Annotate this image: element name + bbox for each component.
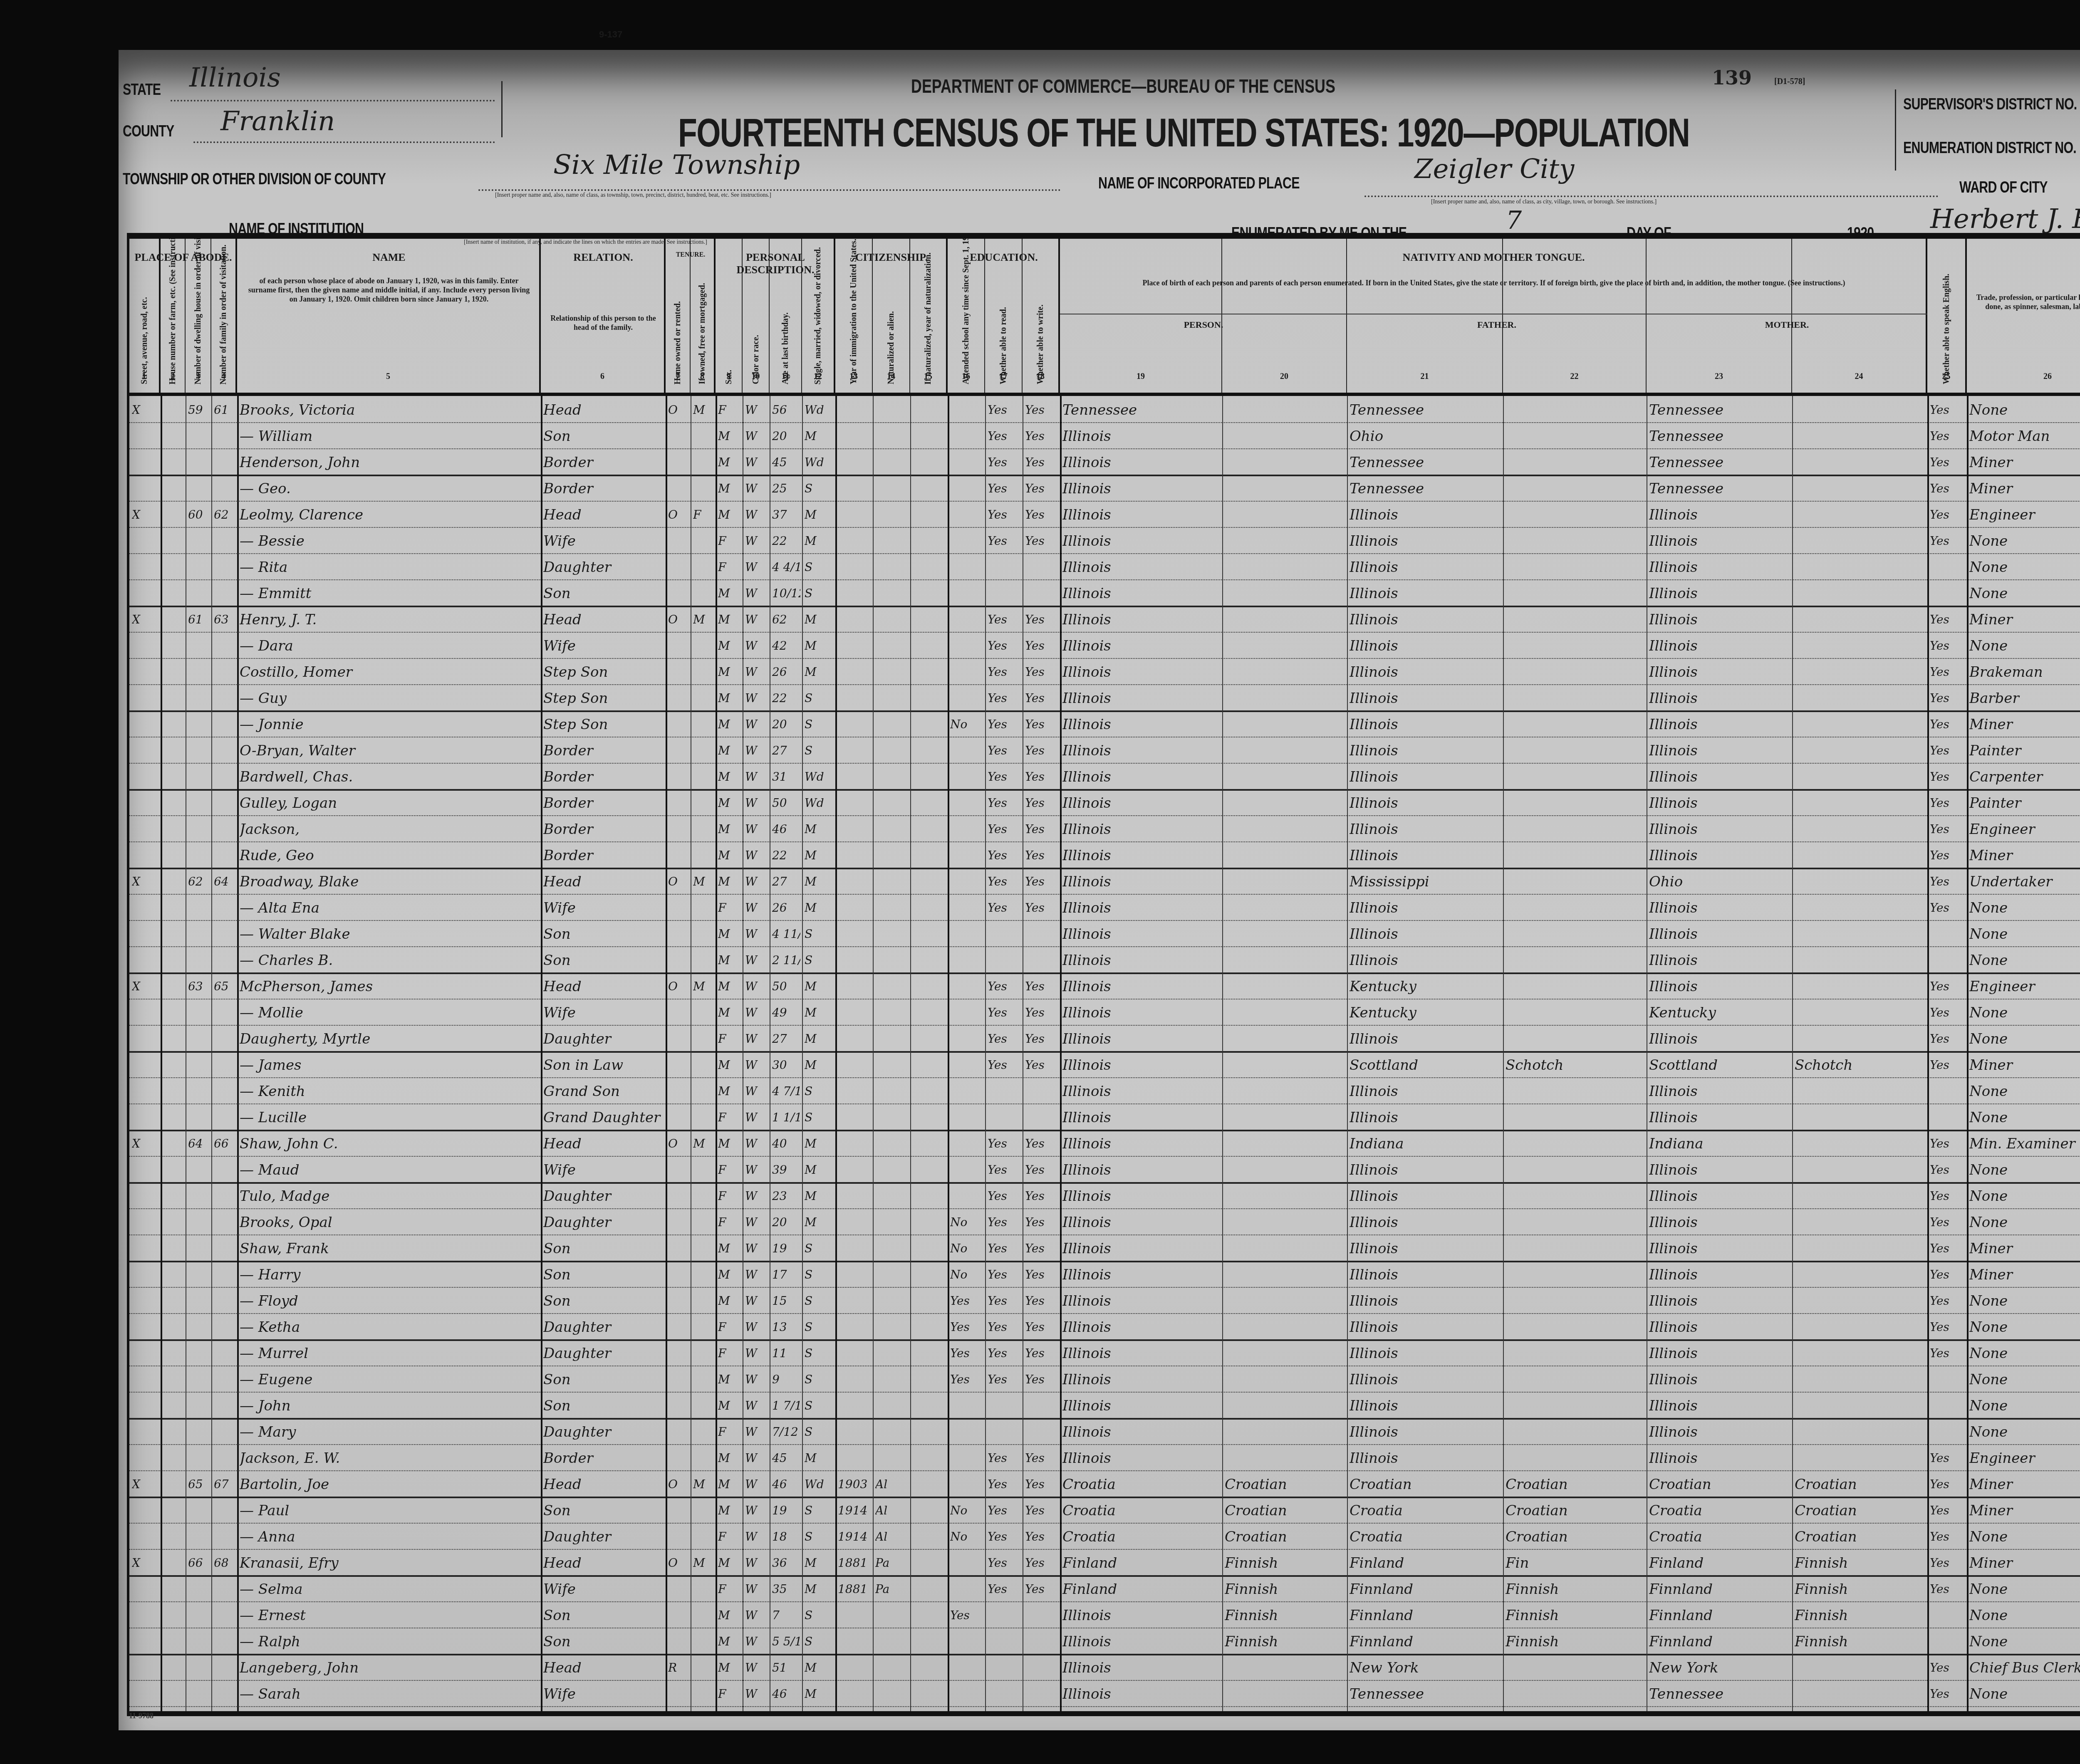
cell-age: 25 — [772, 477, 800, 500]
column-divider — [211, 396, 212, 1711]
cell-race: W — [745, 1316, 768, 1339]
cell-ftongue — [1506, 1185, 1645, 1208]
cell-write: Yes — [1025, 765, 1058, 789]
cell-pob: Illinois — [1062, 1682, 1221, 1706]
group-title-name: NAME — [237, 251, 541, 264]
cell-marital: S — [805, 1342, 834, 1365]
cell-mort — [693, 1158, 714, 1182]
cell-pob: Illinois — [1062, 844, 1221, 867]
cell-race: W — [745, 844, 768, 867]
cell-age: 4 7/12 — [772, 1080, 800, 1103]
cell-owned — [668, 1682, 689, 1706]
cell-name: — Floyd — [240, 1289, 539, 1313]
table-row: X5961Brooks, VictoriaHeadOMFW56WdYesYesT… — [129, 396, 2080, 423]
cell-school — [950, 451, 983, 474]
cell-mpob: Illinois — [1649, 1447, 1790, 1470]
cell-mpob: New York — [1649, 1656, 1790, 1680]
table-row: Costillo, HomerStep SonMW26MYesYesIllino… — [129, 658, 2080, 685]
cell-nat — [875, 425, 909, 448]
column-divider — [743, 396, 743, 1711]
cell-marital: M — [805, 1447, 834, 1470]
cell-dwelling — [188, 1604, 210, 1627]
cell-mpob: Finnland — [1649, 1578, 1790, 1601]
table-row: — FloydSonMW15SYesYesYesIllinoisIllinois… — [129, 1287, 2080, 1314]
cell-name: Brooks, Victoria — [240, 398, 539, 422]
cell-mpob: Tennessee — [1649, 398, 1790, 422]
cell-marital: S — [805, 1316, 834, 1339]
cell-owned — [668, 661, 689, 684]
cell-x — [132, 1080, 159, 1103]
cell-sex: M — [718, 949, 741, 972]
cell-marital: S — [805, 1630, 834, 1653]
cell-natyr — [913, 1185, 946, 1208]
cell-english: Yes — [1930, 1158, 1965, 1182]
cell-fpob: Kentucky — [1350, 975, 1501, 998]
cell-x: X — [132, 870, 159, 893]
cell-tongue — [1225, 1420, 1345, 1444]
cell-nat — [875, 1682, 909, 1706]
cell-pob: Illinois — [1062, 1316, 1221, 1339]
cell-relation: Head — [543, 503, 664, 527]
cell-race: W — [745, 582, 768, 605]
table-row: X6264Broadway, BlakeHeadOMMW27MYesYesIll… — [129, 868, 2080, 895]
cell-name: — Bessie — [240, 529, 539, 553]
cell-write: Yes — [1025, 687, 1058, 710]
cell-trade: Miner — [1969, 1551, 2080, 1575]
cell-fpob: Illinois — [1350, 1263, 1501, 1287]
cell-mpob: Finnland — [1649, 1630, 1790, 1653]
cell-english: Yes — [1930, 1316, 1965, 1339]
cell-x — [132, 1499, 159, 1522]
cell-sex: M — [718, 1132, 741, 1155]
cell-imm — [838, 713, 871, 736]
cell-dwelling — [188, 1682, 210, 1706]
cell-ftongue — [1506, 503, 1645, 527]
cell-ftongue — [1506, 792, 1645, 815]
cell-imm — [838, 477, 871, 500]
cell-mpob: Illinois — [1649, 1237, 1790, 1260]
cell-natyr — [913, 975, 946, 998]
cell-dwelling — [188, 739, 210, 762]
cell-name: — Walter Blake — [240, 923, 539, 946]
cell-race: W — [745, 1185, 768, 1208]
cell-trade: Miner — [1969, 1237, 2080, 1260]
cell-read: Yes — [988, 896, 1021, 920]
cell-sex: M — [718, 1473, 741, 1496]
cell-mtongue — [1795, 1656, 1926, 1680]
cell-relation: Son — [543, 582, 664, 605]
cell-english: Yes — [1930, 765, 1965, 789]
table-row: — MurrelDaughterFW11SYesYesYesIllinoisIl… — [129, 1339, 2080, 1366]
cell-name: — Ralph — [240, 1630, 539, 1653]
cell-natyr — [913, 1656, 946, 1680]
table-row: — PaulSonMW19S1914AlNoYesYesCroatiaCroat… — [129, 1497, 2080, 1524]
cell-write: Yes — [1025, 1263, 1058, 1287]
cell-age: 46 — [772, 818, 800, 841]
cell-mtongue — [1795, 398, 1926, 422]
cell-relation: Step Son — [543, 713, 664, 736]
cell-mort — [693, 818, 714, 841]
cell-family — [214, 949, 235, 972]
cell-relation: Border — [543, 739, 664, 762]
cell-x — [132, 1420, 159, 1444]
cell-age: 19 — [772, 1237, 800, 1260]
cell-sex: M — [718, 451, 741, 474]
cell-read: Yes — [988, 451, 1021, 474]
cell-sex: F — [718, 556, 741, 579]
table-row: Tulo, MadgeDaughterFW23MYesYesIllinoisIl… — [129, 1182, 2080, 1209]
cell-mort — [693, 949, 714, 972]
cell-mpob: Illinois — [1649, 1185, 1790, 1208]
cell-family — [214, 1106, 235, 1129]
cell-write: Yes — [1025, 818, 1058, 841]
cell-nat — [875, 529, 909, 553]
cell-english: Yes — [1930, 687, 1965, 710]
cell-mort — [693, 1368, 714, 1391]
cell-english: Yes — [1930, 844, 1965, 867]
column-header-label: Number of family in order of visitation. — [219, 245, 228, 384]
township-note: [Insert proper name and, also, name of c… — [495, 192, 771, 199]
cell-english: Yes — [1930, 1027, 1965, 1051]
cell-imm: 1903 — [838, 1473, 871, 1496]
cell-fpob: Illinois — [1350, 1342, 1501, 1365]
cell-read: Yes — [988, 398, 1021, 422]
cell-nat — [875, 1054, 909, 1077]
cell-tongue — [1225, 1132, 1345, 1155]
cell-nat — [875, 634, 909, 658]
cell-tongue — [1225, 896, 1345, 920]
cell-ftongue — [1506, 1656, 1645, 1680]
cell-mort — [693, 634, 714, 658]
cell-ftongue — [1506, 1682, 1645, 1706]
cell-relation: Daughter — [543, 1211, 664, 1234]
cell-mort: M — [693, 1473, 714, 1496]
cell-nat — [875, 949, 909, 972]
cell-read: Yes — [988, 844, 1021, 867]
cell-trade: Engineer — [1969, 818, 2080, 841]
column-number: 22 — [1503, 372, 1646, 388]
table-row: — KethaDaughterFW13SYesYesYesIllinoisIll… — [129, 1313, 2080, 1341]
cell-ftongue — [1506, 608, 1645, 631]
cell-natyr — [913, 765, 946, 789]
cell-read: Yes — [988, 870, 1021, 893]
cell-x — [132, 949, 159, 972]
county-value: Franklin — [220, 106, 335, 137]
cell-pob: Illinois — [1062, 1656, 1221, 1680]
cell-owned — [668, 451, 689, 474]
cell-fpob: Illinois — [1350, 792, 1501, 815]
cell-ftongue — [1506, 1211, 1645, 1234]
cell-fpob: Ohio — [1350, 425, 1501, 448]
cell-race: W — [745, 1237, 768, 1260]
cell-race: W — [745, 529, 768, 553]
cell-race: W — [745, 556, 768, 579]
cell-write: Yes — [1025, 896, 1058, 920]
cell-mtongue — [1795, 608, 1926, 631]
cell-age: 39 — [772, 1158, 800, 1182]
cell-nat — [875, 582, 909, 605]
cell-school — [950, 634, 983, 658]
cell-mpob: Illinois — [1649, 1342, 1790, 1365]
cell-sex: F — [718, 1420, 741, 1444]
cell-read: Yes — [988, 1054, 1021, 1077]
cell-school — [950, 661, 983, 684]
cell-age: 5 5/12 — [772, 1630, 800, 1653]
cell-age: 46 — [772, 1473, 800, 1496]
cell-school — [950, 503, 983, 527]
cell-trade: Miner — [1969, 1263, 2080, 1287]
cell-trade: None — [1969, 1604, 2080, 1627]
cell-imm — [838, 1132, 871, 1155]
cell-family — [214, 582, 235, 605]
cell-tongue — [1225, 1682, 1345, 1706]
cell-imm — [838, 1682, 871, 1706]
cell-marital: S — [805, 1394, 834, 1418]
cell-pob: Illinois — [1062, 1106, 1221, 1129]
cell-mpob: Illinois — [1649, 1420, 1790, 1444]
cell-owned — [668, 923, 689, 946]
township-value: Six Mile Township — [553, 150, 800, 181]
cell-pob: Illinois — [1062, 792, 1221, 815]
cell-mtongue — [1795, 870, 1926, 893]
cell-nat — [875, 556, 909, 579]
cell-fpob: Illinois — [1350, 1027, 1501, 1051]
cell-english: Yes — [1930, 792, 1965, 815]
cell-x — [132, 529, 159, 553]
cell-mpob: Illinois — [1649, 556, 1790, 579]
cell-natyr — [913, 1054, 946, 1077]
cell-relation: Daughter — [543, 1185, 664, 1208]
cell-english — [1930, 582, 1965, 605]
column-divider — [186, 396, 186, 1711]
cell-age: 1 7/12 — [772, 1394, 800, 1418]
cell-trade: Miner — [1969, 477, 2080, 500]
column-divider — [802, 396, 803, 1711]
cell-mpob: Illinois — [1649, 582, 1790, 605]
cell-sex: F — [718, 1525, 741, 1549]
table-row: — Charles B.SonMW2 11/12SIllinoisIllinoi… — [129, 946, 2080, 974]
cell-age: 42 — [772, 634, 800, 658]
cell-dwelling — [188, 634, 210, 658]
cell-owned: O — [668, 1473, 689, 1496]
cell-family — [214, 1630, 235, 1653]
cell-school — [950, 949, 983, 972]
cell-tongue: Finnish — [1225, 1551, 1345, 1575]
cell-tongue — [1225, 792, 1345, 815]
cell-x — [132, 1578, 159, 1601]
cell-mort — [693, 477, 714, 500]
cell-relation: Daughter — [543, 556, 664, 579]
cell-imm: 1914 — [838, 1525, 871, 1549]
cell-sex: F — [718, 1027, 741, 1051]
ed-label: ENUMERATION DISTRICT NO. — [1903, 139, 2076, 157]
cell-name: — Ketha — [240, 1316, 539, 1339]
cell-pob: Illinois — [1062, 1289, 1221, 1313]
cell-age: 27 — [772, 739, 800, 762]
cell-mort — [693, 896, 714, 920]
cell-family: 66 — [214, 1132, 235, 1155]
cell-owned — [668, 713, 689, 736]
cell-name: — Harry — [240, 1263, 539, 1287]
cell-trade: Brakeman — [1969, 661, 2080, 684]
cell-relation: Son — [543, 425, 664, 448]
cell-dwelling: 64 — [188, 1132, 210, 1155]
cell-race: W — [745, 1158, 768, 1182]
cell-pob: Illinois — [1062, 1420, 1221, 1444]
cell-dwelling — [188, 1578, 210, 1601]
cell-age: 10/12 — [772, 582, 800, 605]
cell-tongue — [1225, 1342, 1345, 1365]
table-row: — MaryDaughterFW7/12SIllinoisIllinoisIll… — [129, 1418, 2080, 1445]
cell-race: W — [745, 896, 768, 920]
cell-mpob: Illinois — [1649, 1394, 1790, 1418]
cell-pob: Illinois — [1062, 582, 1221, 605]
cell-school — [950, 1682, 983, 1706]
cell-school — [950, 1027, 983, 1051]
cell-trade: None — [1969, 1158, 2080, 1182]
cell-english: Yes — [1930, 1211, 1965, 1234]
cell-imm — [838, 1604, 871, 1627]
county-underline — [193, 141, 495, 143]
cell-natyr — [913, 1027, 946, 1051]
column-divider — [237, 396, 239, 1711]
cell-natyr — [913, 398, 946, 422]
cell-trade: None — [1969, 556, 2080, 579]
cell-imm — [838, 1342, 871, 1365]
cell-ftongue — [1506, 1447, 1645, 1470]
cell-name: Leolmy, Clarence — [240, 503, 539, 527]
cell-dwelling — [188, 949, 210, 972]
cell-english — [1930, 1394, 1965, 1418]
cell-nat: Pa — [875, 1578, 909, 1601]
cell-nat — [875, 844, 909, 867]
cell-ftongue — [1506, 582, 1645, 605]
cell-mpob: Illinois — [1649, 634, 1790, 658]
cell-ftongue — [1506, 765, 1645, 789]
cell-tongue — [1225, 1080, 1345, 1103]
table-row: Shaw, FrankSonMW19SNoYesYesIllinoisIllin… — [129, 1235, 2080, 1262]
cell-tongue — [1225, 1027, 1345, 1051]
cell-ftongue — [1506, 1001, 1645, 1024]
cell-ftongue — [1506, 1263, 1645, 1287]
cell-nat — [875, 1027, 909, 1051]
cell-mpob: Tennessee — [1649, 451, 1790, 474]
cell-ftongue — [1506, 896, 1645, 920]
cell-race: W — [745, 503, 768, 527]
cell-x — [132, 1525, 159, 1549]
cell-read: Yes — [988, 1185, 1021, 1208]
census-table: Street, avenue, road, etc.1House number … — [127, 233, 2080, 1716]
cell-nat — [875, 896, 909, 920]
cell-family — [214, 1420, 235, 1444]
group-title-place_of_abode: PLACE OF ABODE. — [129, 251, 237, 264]
cell-mpob: Illinois — [1649, 923, 1790, 946]
cell-imm — [838, 582, 871, 605]
cell-race: W — [745, 1106, 768, 1129]
cell-x — [132, 1001, 159, 1024]
cell-school — [950, 582, 983, 605]
cell-write — [1025, 1420, 1058, 1444]
table-row: — BessieWifeFW22MYesYesIllinoisIllinoisI… — [129, 527, 2080, 554]
cell-owned — [668, 1263, 689, 1287]
cell-owned — [668, 1447, 689, 1470]
cell-relation: Son — [543, 1263, 664, 1287]
cell-ftongue: Finnish — [1506, 1630, 1645, 1653]
cell-x — [132, 1289, 159, 1313]
cell-ftongue — [1506, 870, 1645, 893]
cell-mtongue — [1795, 1394, 1926, 1418]
cell-tongue — [1225, 765, 1345, 789]
cell-write: Yes — [1025, 451, 1058, 474]
cell-imm — [838, 687, 871, 710]
cell-age: 7 — [772, 1604, 800, 1627]
cell-mtongue: Finnish — [1795, 1578, 1926, 1601]
cell-sex: F — [718, 529, 741, 553]
cell-imm — [838, 1001, 871, 1024]
cell-fpob: Finnland — [1350, 1630, 1501, 1653]
cell-read — [988, 923, 1021, 946]
cell-write: Yes — [1025, 634, 1058, 658]
cell-write: Yes — [1025, 1289, 1058, 1313]
cell-name: McPherson, James — [240, 975, 539, 998]
cell-marital: Wd — [805, 1473, 834, 1496]
cell-mtongue — [1795, 1342, 1926, 1365]
cell-name: — Mollie — [240, 1001, 539, 1024]
cell-mpob: Illinois — [1649, 503, 1790, 527]
cell-dwelling — [188, 1316, 210, 1339]
cell-name: — Rita — [240, 556, 539, 579]
cell-family — [214, 896, 235, 920]
cell-relation: Son in Law — [543, 1054, 664, 1077]
cell-mtongue — [1795, 634, 1926, 658]
cell-imm — [838, 1054, 871, 1077]
cell-dwelling — [188, 661, 210, 684]
cell-family — [214, 1211, 235, 1234]
cell-write — [1025, 1106, 1058, 1129]
cell-pob: Illinois — [1062, 634, 1221, 658]
cell-write: Yes — [1025, 1185, 1058, 1208]
cell-age: 36 — [772, 1551, 800, 1575]
cell-race: W — [745, 1132, 768, 1155]
cell-tongue — [1225, 451, 1345, 474]
cell-age: 18 — [772, 1525, 800, 1549]
cell-imm — [838, 1185, 871, 1208]
cell-school: Yes — [950, 1342, 983, 1365]
cell-school — [950, 529, 983, 553]
cell-x — [132, 792, 159, 815]
cell-family — [214, 477, 235, 500]
cell-mort — [693, 687, 714, 710]
column-divider — [666, 396, 667, 1711]
enumerator-signature: Herbert J. Bradley — [1930, 204, 2080, 235]
cell-family — [214, 1237, 235, 1260]
cell-fpob: Kentucky — [1350, 1001, 1501, 1024]
cell-relation: Wife — [543, 1578, 664, 1601]
cell-age: 20 — [772, 713, 800, 736]
cell-dwelling — [188, 765, 210, 789]
cell-tongue — [1225, 634, 1345, 658]
cell-pob: Illinois — [1062, 661, 1221, 684]
cell-imm — [838, 1368, 871, 1391]
cell-mpob: Illinois — [1649, 661, 1790, 684]
cell-tongue — [1225, 1263, 1345, 1287]
cell-mtongue — [1795, 923, 1926, 946]
column-number: 21 — [1347, 372, 1502, 388]
department-title: DEPARTMENT OF COMMERCE—BUREAU OF THE CEN… — [911, 75, 1335, 97]
cell-nat — [875, 765, 909, 789]
cell-x: X — [132, 503, 159, 527]
cell-name: Costillo, Homer — [240, 661, 539, 684]
